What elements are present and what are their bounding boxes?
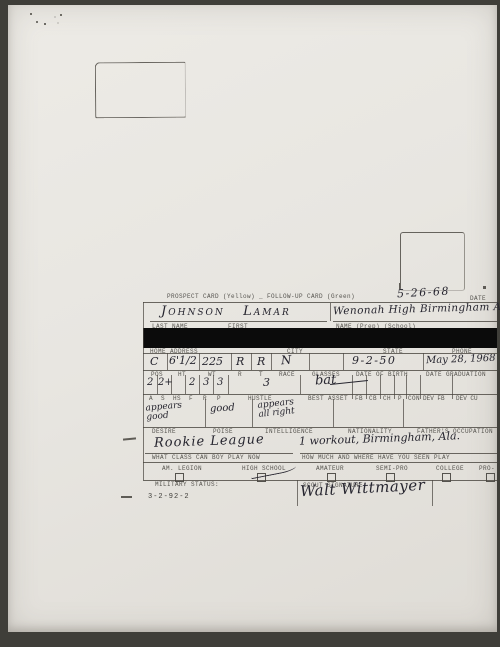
rating-fielding-value: 2 xyxy=(189,378,195,388)
scanned-document-page: PROSPECT CARD (Yellow) _ FOLLOW-UP CARD … xyxy=(0,0,500,647)
form-rule xyxy=(143,302,144,480)
stamp-box-right xyxy=(400,232,465,291)
form-rule xyxy=(167,353,168,370)
dev-cu-label: DEV CU xyxy=(456,396,478,403)
graduation-label: DATE GRADUATION xyxy=(426,372,486,379)
form-rule xyxy=(252,399,253,427)
form-rule xyxy=(205,399,206,427)
height-value: 6'1/2 xyxy=(169,355,197,366)
form-rule xyxy=(213,375,214,394)
rating-arm-value: 2 xyxy=(147,378,153,388)
best-asset-label: BEST ASSET xyxy=(308,396,348,403)
ink-specks xyxy=(30,13,32,15)
con-label: CON xyxy=(408,396,420,403)
card-title: PROSPECT CARD (Yellow) _ FOLLOW-UP CARD … xyxy=(167,294,355,301)
race-value: N xyxy=(281,354,292,367)
form-rule xyxy=(271,353,272,370)
rating-run-value: 3 xyxy=(203,378,209,388)
seen-play-label: HOW MUCH AND WHERE HAVE YOU SEEN PLAY xyxy=(302,455,450,462)
margin-tick xyxy=(121,496,132,498)
graduation-date-cell: May 28, 1968 xyxy=(425,354,496,370)
p-label: P xyxy=(398,396,402,403)
form-rule xyxy=(352,375,353,399)
hustle-value: 3 xyxy=(263,377,270,388)
form-rule xyxy=(150,321,327,322)
form-rule xyxy=(185,375,186,394)
form-rule xyxy=(199,353,200,370)
form-rule xyxy=(333,321,497,322)
form-rule xyxy=(330,303,331,321)
fb-label: FB xyxy=(355,396,363,403)
form-rule xyxy=(343,353,344,370)
semi-pro-label: SEMI-PRO xyxy=(376,466,408,473)
rating-power-value: 3 xyxy=(217,378,223,388)
military-status-label: MILITARY STATUS: xyxy=(155,482,219,489)
form-rule xyxy=(297,480,298,506)
military-status-code: 3-2-92-2 xyxy=(148,493,190,501)
rating-p-label: P xyxy=(217,396,221,403)
college-label: COLLEGE xyxy=(436,466,464,473)
rating-a-label: A xyxy=(149,396,153,403)
card-date-value: 5-26-68 xyxy=(397,286,450,300)
form-rule xyxy=(143,462,497,463)
form-rule xyxy=(300,375,301,394)
position-value: C xyxy=(150,356,158,367)
redaction-bar xyxy=(143,328,497,348)
form-rule xyxy=(333,399,334,427)
form-rule xyxy=(420,375,421,399)
player-name-value: Johnson Lamar xyxy=(161,305,291,318)
desire-value: appears good xyxy=(145,401,183,422)
form-rule xyxy=(309,353,310,370)
bats-value: R xyxy=(257,356,265,367)
cb-label: CB xyxy=(369,396,377,403)
form-rule xyxy=(199,375,200,394)
throws-value: R xyxy=(236,356,244,367)
poise-value: good xyxy=(210,403,235,414)
graduation-date-value: May 28, 1968 xyxy=(426,354,496,366)
form-rule xyxy=(406,375,407,399)
rating-speed-value: 2+ xyxy=(158,378,173,388)
weight-value: 225 xyxy=(202,356,223,367)
intelligence-value: appears all right xyxy=(257,398,295,420)
birthdate-value: 9-2-50 xyxy=(352,355,396,366)
form-rule xyxy=(231,353,232,370)
race-label: RACE xyxy=(279,372,295,379)
form-rule xyxy=(403,399,404,427)
rating-f-label: F xyxy=(189,396,193,403)
am-legion-label: AM. LEGION xyxy=(162,466,202,473)
form-rule xyxy=(394,375,395,399)
pro-label: PRO- xyxy=(479,466,495,473)
form-rule xyxy=(380,375,381,399)
ch-label: CH xyxy=(383,396,391,403)
dob-label: DATE OF BIRTH xyxy=(356,372,408,379)
form-rule xyxy=(228,375,229,394)
r-label: R xyxy=(238,372,242,379)
form-rule xyxy=(251,353,252,370)
class-now-value: Rookie League xyxy=(154,433,265,450)
dev-fb-label: DEV FB xyxy=(423,396,445,403)
stamp-box-top-left xyxy=(95,62,186,119)
form-rule xyxy=(423,353,424,370)
amateur-label: AMATEUR xyxy=(316,466,344,473)
form-rule xyxy=(432,480,433,506)
form-rule xyxy=(366,375,367,399)
stray-mark xyxy=(483,286,486,289)
class-now-label: WHAT CLASS CAN BOY PLAY NOW xyxy=(152,455,260,462)
form-rule xyxy=(452,375,453,399)
best-asset-value: bat xyxy=(315,373,337,387)
